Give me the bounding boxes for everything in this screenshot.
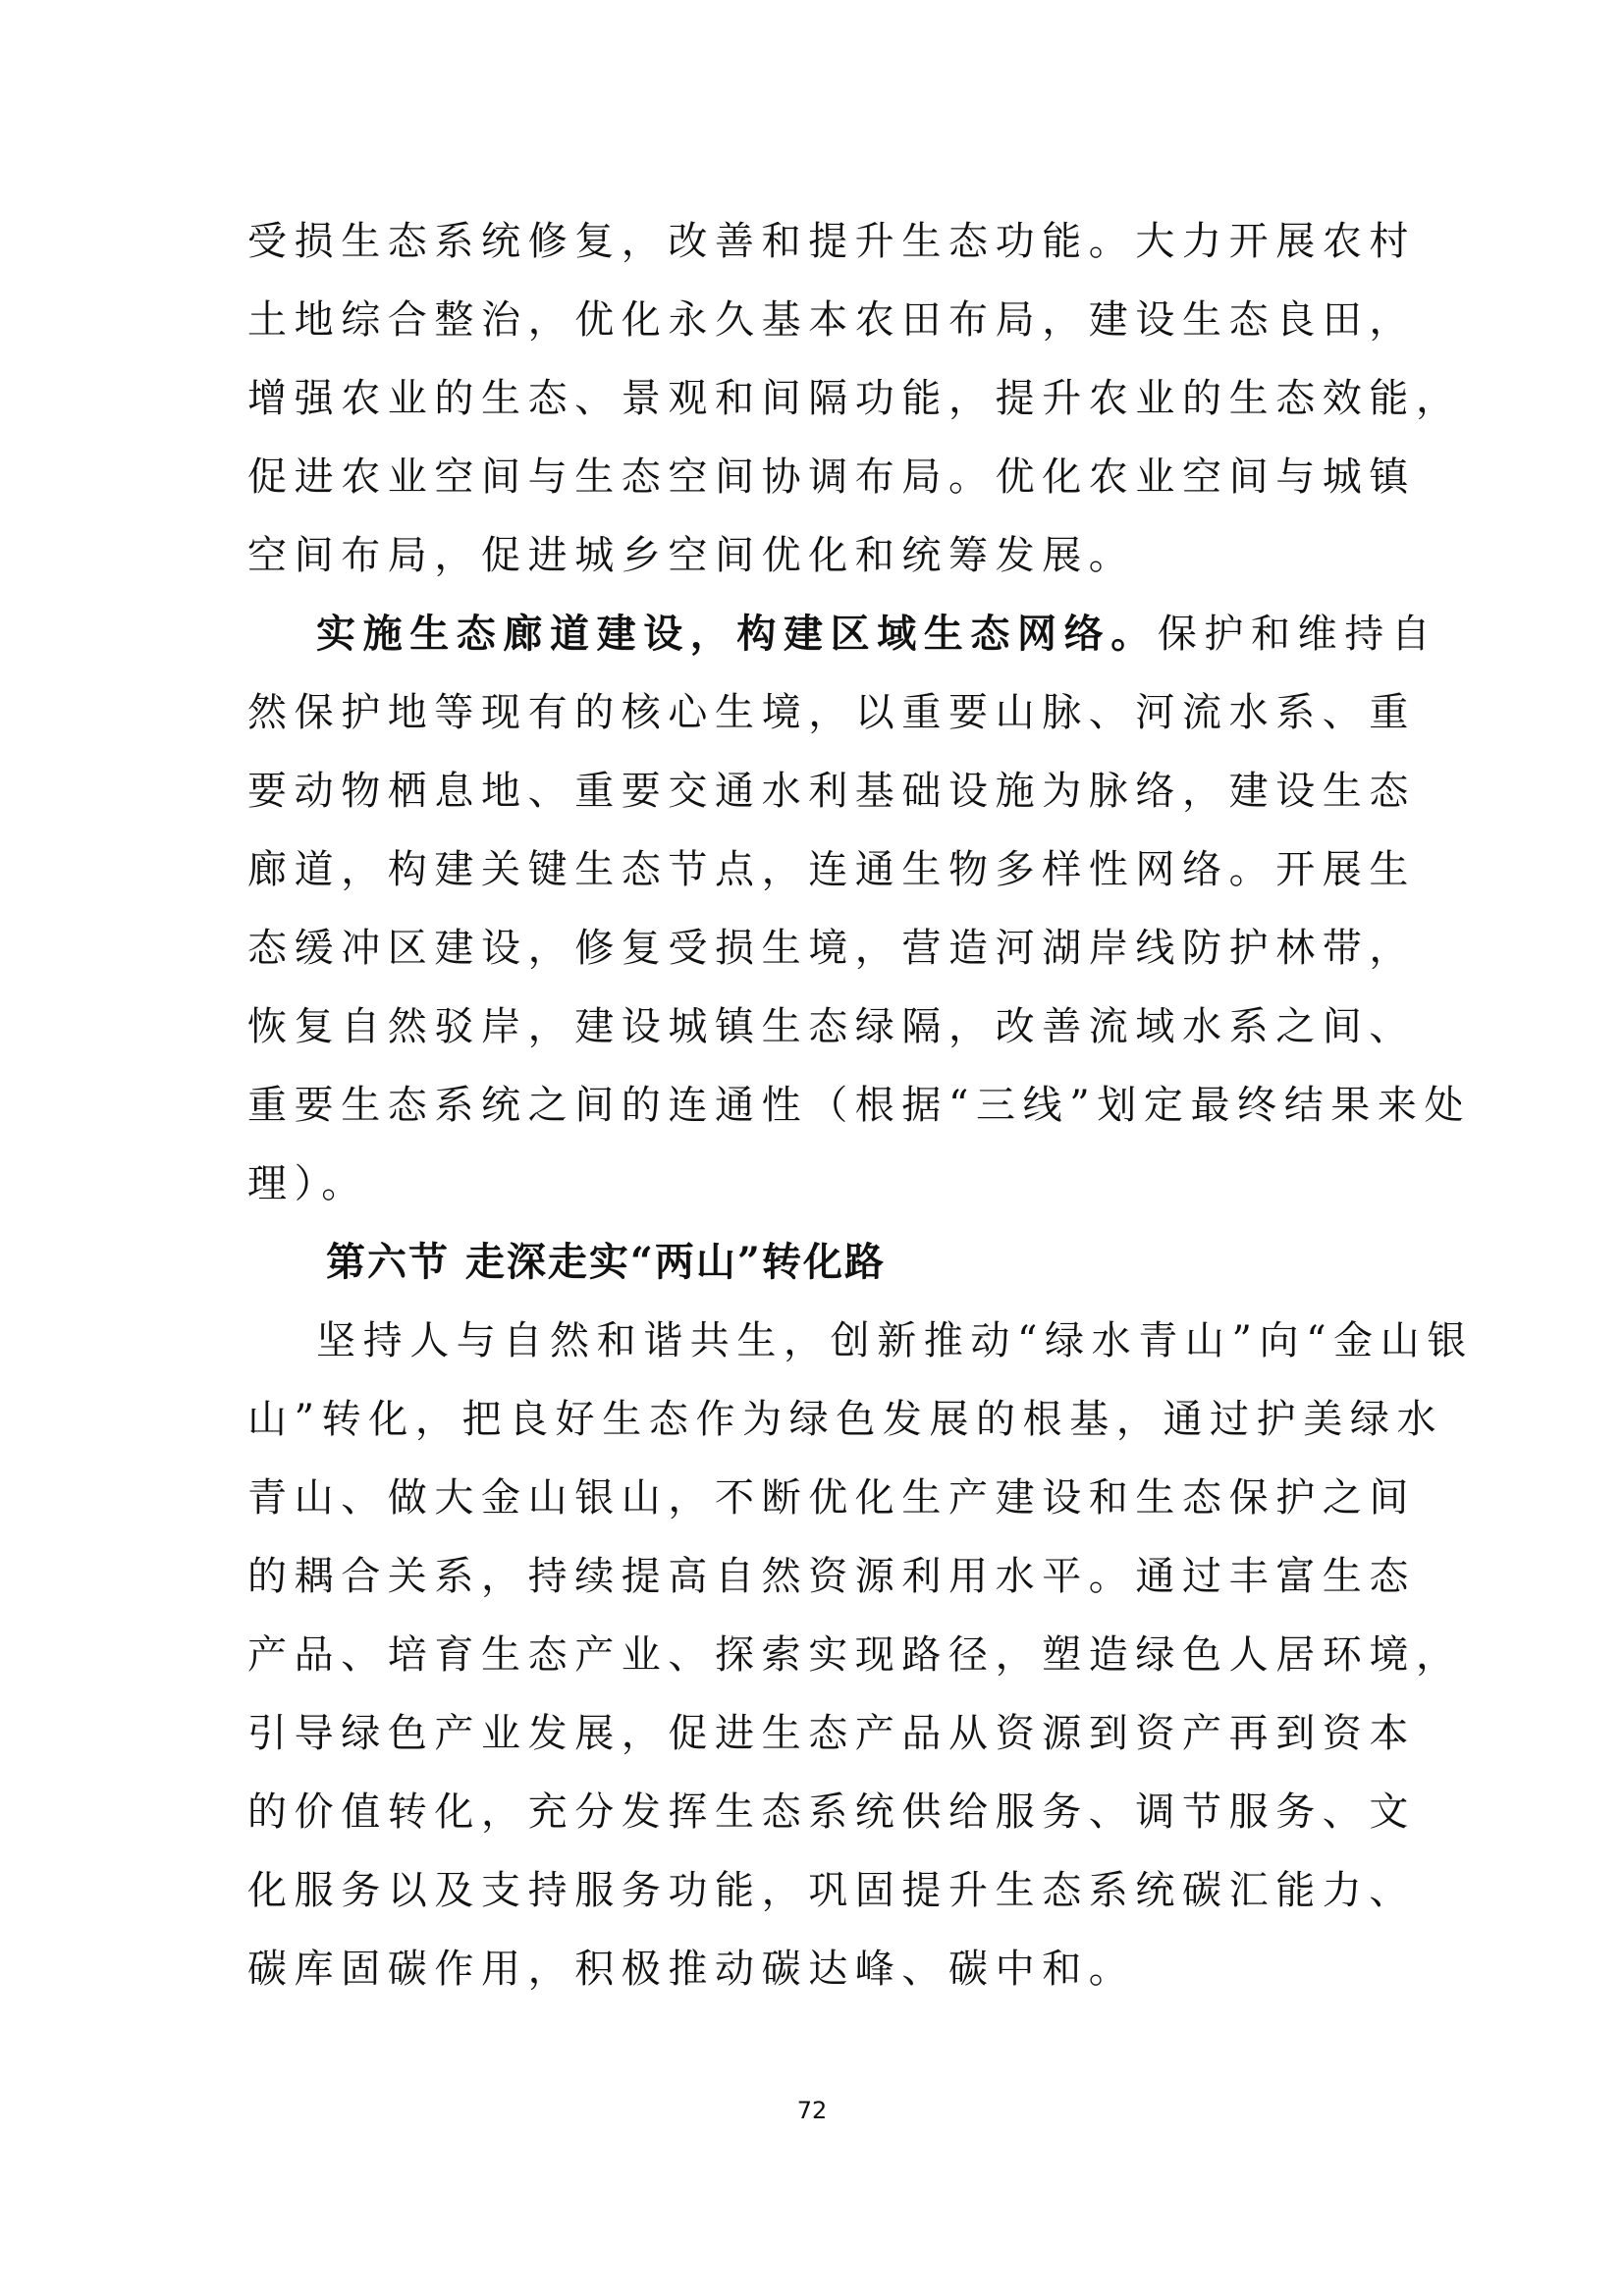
text-line: 的价值转化，充分发挥生态系统供给服务、调节服务、文	[247, 1785, 1386, 1863]
page-number: 72	[0, 2097, 1624, 2124]
text-line: 的耦合关系，持续提高自然资源利用水平。通过丰富生态	[247, 1549, 1386, 1628]
text-line: 实施生态廊道建设，构建区域生态网络。保护和维持自	[247, 607, 1386, 685]
paragraph-1: 受损生态系统修复，改善和提升生态功能。大力开展农村 土地综合整治，优化永久基本农…	[247, 214, 1386, 607]
text-line: 理）。	[247, 1156, 1386, 1235]
document-page: 受损生态系统修复，改善和提升生态功能。大力开展农村 土地综合整治，优化永久基本农…	[247, 214, 1386, 2020]
text-line: 重要生态系统之间的连通性（根据“三线”划定最终结果来处	[247, 1078, 1386, 1156]
paragraph-2: 实施生态廊道建设，构建区域生态网络。保护和维持自 然保护地等现有的核心生境，以重…	[247, 607, 1386, 1235]
text-line: 坚持人与自然和谐共生，创新推动“绿水青山”向“金山银	[247, 1313, 1386, 1392]
section-heading: 第六节 走深走实“两山”转化路	[247, 1235, 1386, 1313]
bold-lead-sentence: 实施生态廊道建设，构建区域生态网络。	[316, 611, 1158, 657]
text-line: 要动物栖息地、重要交通水利基础设施为脉络，建设生态	[247, 764, 1386, 842]
paragraph-3: 坚持人与自然和谐共生，创新推动“绿水青山”向“金山银 山”转化，把良好生态作为绿…	[247, 1313, 1386, 2020]
text-line: 土地综合整治，优化永久基本农田布局，建设生态良田，	[247, 293, 1386, 371]
text-line: 空间布局，促进城乡空间优化和统筹发展。	[247, 528, 1386, 607]
text-line: 恢复自然驳岸，建设城镇生态绿隔，改善流域水系之间、	[247, 999, 1386, 1078]
text-line: 然保护地等现有的核心生境，以重要山脉、河流水系、重	[247, 685, 1386, 764]
text-line: 产品、培育生态产业、探索实现路径，塑造绿色人居环境，	[247, 1628, 1386, 1706]
text-line: 受损生态系统修复，改善和提升生态功能。大力开展农村	[247, 214, 1386, 293]
text-line: 增强农业的生态、景观和间隔功能，提升农业的生态效能，	[247, 371, 1386, 450]
text-line: 促进农业空间与生态空间协调布局。优化农业空间与城镇	[247, 450, 1386, 528]
text-span: 保护和维持自	[1158, 612, 1438, 657]
text-line: 山”转化，把良好生态作为绿色发展的根基，通过护美绿水	[247, 1392, 1386, 1470]
text-line: 化服务以及支持服务功能，巩固提升生态系统碳汇能力、	[247, 1863, 1386, 1942]
text-line: 引导绿色产业发展，促进生态产品从资源到资产再到资本	[247, 1706, 1386, 1785]
text-line: 青山、做大金山银山，不断优化生产建设和生态保护之间	[247, 1470, 1386, 1549]
text-line: 碳库固碳作用，积极推动碳达峰、碳中和。	[247, 1942, 1386, 2020]
text-line: 态缓冲区建设，修复受损生境，营造河湖岸线防护林带，	[247, 921, 1386, 999]
text-line: 廊道，构建关键生态节点，连通生物多样性网络。开展生	[247, 842, 1386, 921]
